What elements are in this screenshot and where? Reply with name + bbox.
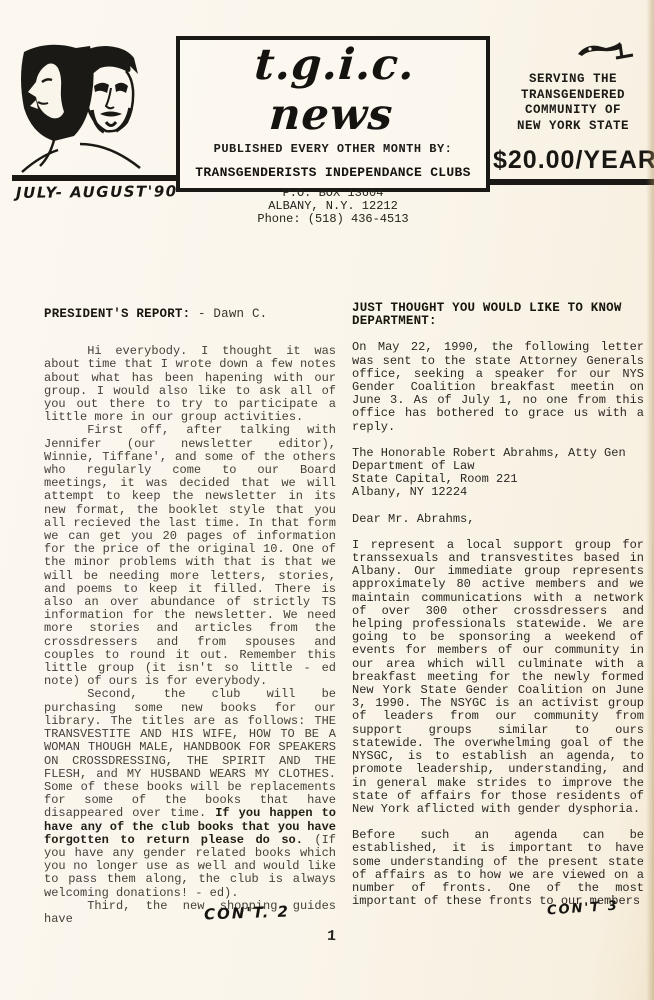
- organization-name: TRANSGENDERISTS INDEPENDANCE CLUBS: [180, 165, 486, 180]
- recipient-line: Albany, NY 12224: [352, 486, 644, 499]
- paragraph-text: Second, the club will be purchasing some…: [44, 687, 336, 820]
- presidents-report-heading: PRESIDENT'S REPORT: - Dawn C.: [44, 308, 336, 321]
- just-thought-heading: JUST THOUGHT YOU WOULD LIKE TO KNOW DEPA…: [352, 302, 644, 328]
- tagline-line-2: TRANSGENDERED: [497, 88, 649, 104]
- newsletter-scan-page: JULY- AUGUST'90 t.g.i.c. news PUBLISHED …: [0, 0, 654, 1000]
- heading-bold: PRESIDENT'S REPORT:: [44, 307, 190, 321]
- newsletter-title: t.g.i.c. news: [177, 40, 490, 140]
- letter-intro: On May 22, 1990, the following letter wa…: [352, 341, 644, 433]
- portrait-art-svg: [14, 44, 150, 176]
- presidents-report-column: PRESIDENT'S REPORT: - Dawn C. Hi everybo…: [44, 308, 336, 926]
- address-line-3: Phone: (518) 436-4513: [180, 213, 486, 226]
- letter-column: JUST THOUGHT YOU WOULD LIKE TO KNOW DEPA…: [352, 302, 644, 921]
- letter-recipient-address: The Honorable Robert Abrahms, Atty Gen D…: [352, 447, 644, 500]
- paragraph: Second, the club will be purchasing some…: [44, 688, 336, 899]
- tagline-line-4: NEW YORK STATE: [497, 119, 649, 135]
- two-faces-woodcut-illustration: [14, 44, 150, 176]
- issue-date-handwriting: JULY- AUGUST'90: [16, 182, 186, 202]
- subscription-price: $20.00/YEAR: [493, 146, 653, 175]
- header-divider-left: [12, 175, 179, 181]
- scan-edge-shadow: [646, 0, 654, 1000]
- ink-scribble-mark: [576, 38, 634, 64]
- heading-byline: - Dawn C.: [190, 307, 267, 321]
- continuation-mark-left: CON'T. 2: [204, 903, 291, 924]
- scribble-svg: [576, 38, 634, 64]
- letter-body-paragraph: Before such an agenda can be established…: [352, 829, 644, 908]
- tagline: SERVING THE TRANSGENDERED COMMUNITY OF N…: [497, 72, 649, 134]
- masthead-box: t.g.i.c. news PUBLISHED EVERY OTHER MONT…: [176, 36, 490, 192]
- paragraph: First off, after talking with Jennifer (…: [44, 424, 336, 688]
- header-divider-right: [486, 179, 654, 185]
- letter-salutation: Dear Mr. Abrahms,: [352, 513, 644, 526]
- paragraph: Third, the new shopping guides have: [44, 900, 336, 926]
- tagline-line-3: COMMUNITY OF: [497, 103, 649, 119]
- published-line: PUBLISHED EVERY OTHER MONTH BY:: [180, 142, 486, 156]
- page-number: 1: [327, 928, 337, 945]
- paragraph: Hi everybody. I thought it was about tim…: [44, 345, 336, 424]
- mailing-address: P.O. BOX 13604 ALBANY, N.Y. 12212 Phone:…: [180, 187, 486, 226]
- letter-body-paragraph: I represent a local support group for tr…: [352, 539, 644, 816]
- tagline-line-1: SERVING THE: [497, 72, 649, 88]
